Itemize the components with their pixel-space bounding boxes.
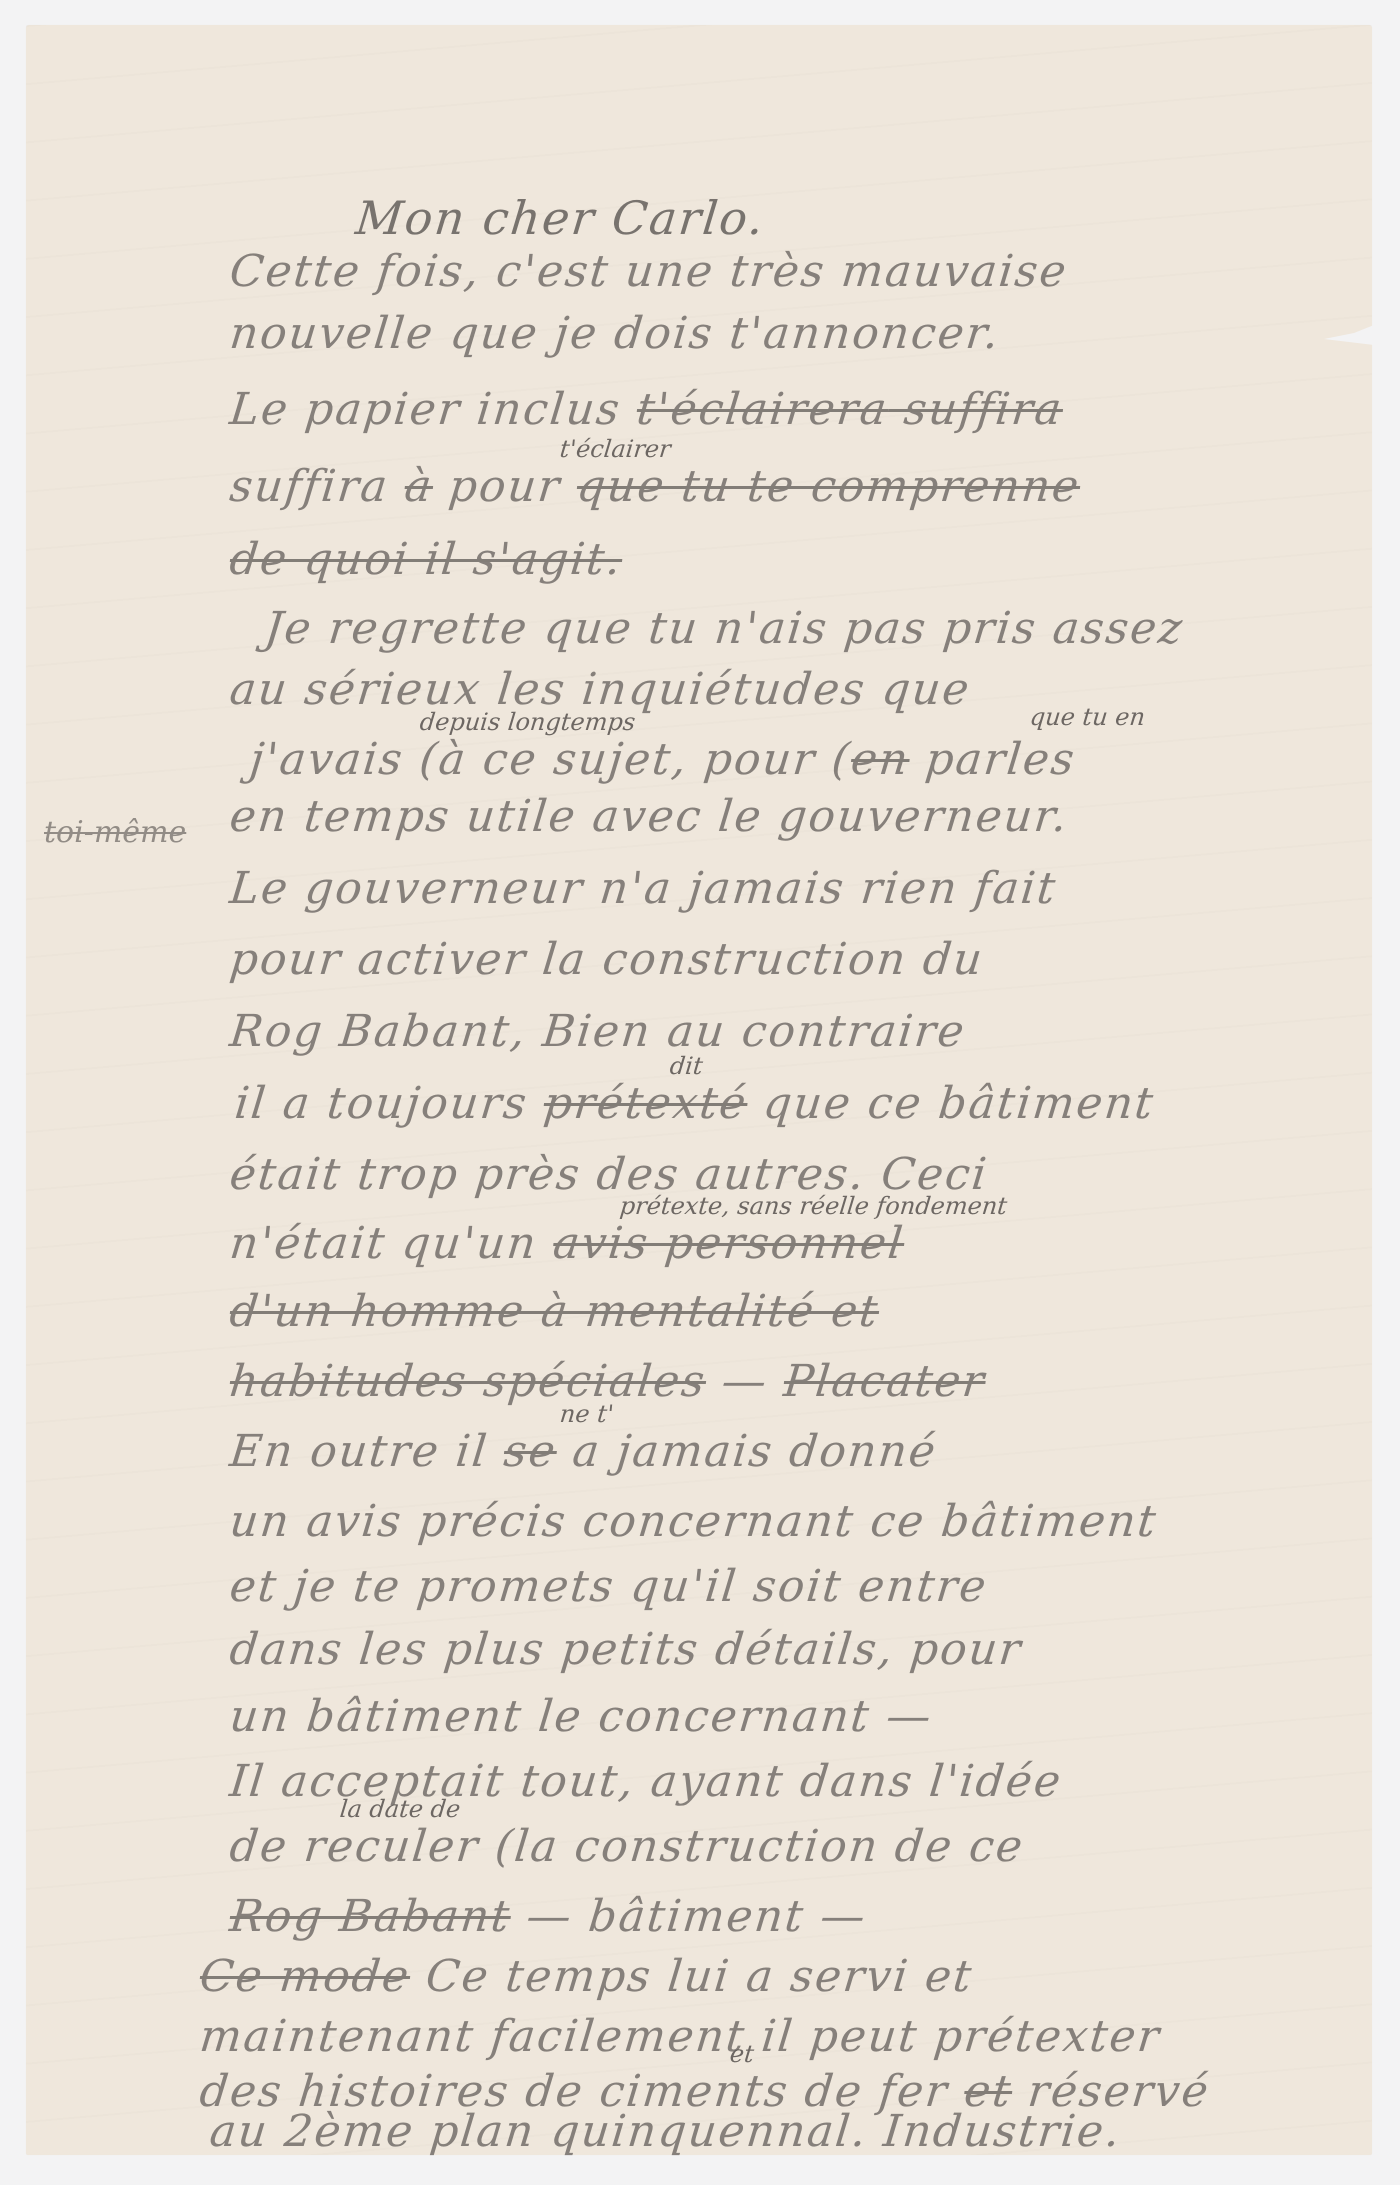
text-segment: a jamais donné [554, 1426, 939, 1477]
text-segment: suffira [227, 461, 407, 512]
interlinear-insertion: ne t' [559, 1400, 615, 1428]
margin-note: toi-même [44, 815, 186, 850]
text-segment: Rog Babant, Bien au contraire [227, 1006, 968, 1057]
text-line: pour activer la construction du [228, 938, 986, 982]
struck-text: de quoi il s'agit. [227, 534, 625, 585]
text-segment: il a toujours [232, 1078, 546, 1129]
struck-text: Ce mode [197, 1951, 412, 2002]
struck-text: suffira [886, 384, 1066, 435]
letter-salutation: Mon cher Carlo. [354, 195, 768, 241]
text-segment: n'était qu'un [227, 1218, 556, 1269]
text-segment: pour activer la construction du [227, 934, 986, 985]
text-segment: de reculer (la construction de ce [227, 1821, 1026, 1872]
text-segment: maintenant facilement il peut prétexter [197, 2011, 1163, 2062]
interlinear-insertion: dit [669, 1052, 705, 1080]
text-line: Rog Babant — bâtiment — [228, 1895, 869, 1939]
struck-text: Rog Babant [227, 1891, 513, 1942]
text-line: Ce mode Ce temps lui a servi et [198, 1955, 976, 1999]
text-segment: Le gouverneur n'a jamais rien fait [227, 863, 1059, 914]
struck-text: avis personnel [551, 1218, 907, 1269]
text-line: de reculer (la construction de ce [228, 1825, 1027, 1869]
text-segment: Cette fois, c'est une très mauvaise [227, 246, 1070, 297]
text-line: Je regrette que tu n'ais pas pris assez [263, 607, 1186, 651]
text-segment: au 2ème plan quinquennal. Industrie. [207, 2106, 1124, 2157]
text-line: Le papier inclus t'éclairera suffira [228, 388, 1066, 432]
interlinear-insertion: depuis longtemps [419, 708, 637, 736]
text-line: était trop près des autres. Ceci [228, 1153, 991, 1197]
interlinear-insertion: que tu en [1029, 703, 1147, 731]
struck-text: prétexté [541, 1078, 750, 1129]
text-line: il a toujours prétexté que ce bâtiment [233, 1082, 1157, 1126]
text-line: un avis précis concernant ce bâtiment [228, 1500, 1160, 1544]
text-segment: — bâtiment — [508, 1891, 869, 1942]
text-line: de quoi il s'agit. [228, 538, 625, 582]
text-segment: Le papier inclus [227, 384, 639, 435]
struck-text: que tu te comprenne [574, 461, 1082, 512]
text-segment: que ce bâtiment [745, 1078, 1157, 1129]
text-line: n'était qu'un avis personnel [228, 1222, 907, 1266]
text-line: j'avais (à ce sujet, pour (en parles [248, 738, 1078, 782]
text-line: Rog Babant, Bien au contraire [228, 1010, 968, 1054]
text-line: au sérieux les inquiétudes que [228, 668, 973, 712]
interlinear-insertion: prétexte, sans réelle fondement [619, 1192, 1009, 1220]
struck-text: habitudes spéciales [227, 1356, 708, 1407]
text-segment: dans les plus petits détails, pour [227, 1624, 1025, 1675]
text-line: d'un homme à mentalité et [228, 1290, 882, 1334]
text-segment: et je te promets qu'il soit entre [227, 1561, 990, 1612]
text-segment: un bâtiment le concernant — [227, 1691, 935, 1742]
text-segment: un avis précis concernant ce bâtiment [227, 1496, 1160, 1547]
text-segment: j'avais (à ce sujet, pour ( [247, 734, 854, 785]
interlinear-insertion: et [729, 2040, 756, 2068]
struck-text: t'éclairera [634, 384, 891, 435]
manuscript-page: Mon cher Carlo. toi-même Cette fois, c'e… [26, 25, 1372, 2155]
text-segment: parles [907, 734, 1078, 785]
text-line: habitudes spéciales — Placater [228, 1360, 988, 1404]
struck-text: d'un homme à mentalité et [227, 1286, 881, 1337]
interlinear-insertion: t'éclairer [559, 435, 673, 463]
interlinear-insertion: la date de [339, 1795, 462, 1823]
text-segment: en temps utile avec le gouverneur. [227, 791, 1071, 842]
text-segment: En outre il [227, 1426, 507, 1477]
text-line: dans les plus petits détails, pour [228, 1628, 1025, 1672]
text-line: un bâtiment le concernant — [228, 1695, 935, 1739]
text-line: En outre il se a jamais donné [228, 1430, 939, 1474]
text-segment: nouvelle que je dois t'annoncer. [227, 308, 1002, 359]
text-segment: pour [430, 461, 579, 512]
text-line: et je te promets qu'il soit entre [228, 1565, 990, 1609]
paper-tear [1324, 325, 1374, 345]
text-segment: Je regrette que tu n'ais pas pris assez [262, 603, 1186, 654]
struck-text: en [849, 734, 913, 785]
text-line: Cette fois, c'est une très mauvaise [228, 250, 1070, 294]
text-line: maintenant facilement il peut prétexter [198, 2015, 1163, 2059]
struck-text: Placater [781, 1356, 988, 1407]
struck-text: se [502, 1426, 560, 1477]
text-line: nouvelle que je dois t'annoncer. [228, 312, 1003, 356]
text-segment: Ce temps lui a servi et [407, 1951, 975, 2002]
text-line: au 2ème plan quinquennal. Industrie. [208, 2110, 1124, 2154]
text-line: suffira à pour que tu te comprenne [228, 465, 1083, 509]
text-segment: — [703, 1356, 786, 1407]
text-line: Le gouverneur n'a jamais rien fait [228, 867, 1059, 911]
text-line: en temps utile avec le gouverneur. [228, 795, 1071, 839]
